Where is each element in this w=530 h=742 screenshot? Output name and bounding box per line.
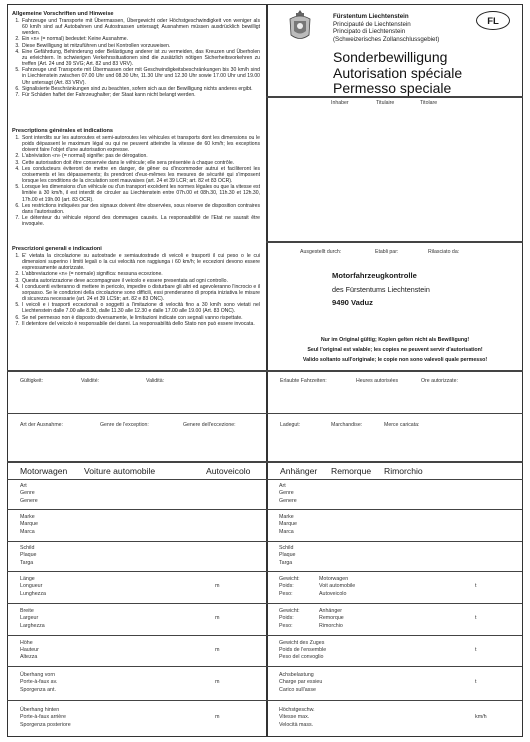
issuer-line: Principauté de Liechtenstein bbox=[333, 21, 439, 29]
row-label-line: Gewicht: bbox=[279, 608, 300, 615]
row-label: ArtGenreGenere bbox=[279, 483, 297, 505]
row-label-line: Achsbelastung bbox=[279, 672, 322, 679]
row-label: MarkeMarqueMarca bbox=[279, 514, 297, 536]
title-line: Permesso speciale bbox=[333, 81, 462, 97]
validity-label-fr: Validité: bbox=[81, 378, 99, 384]
row-label: Überhang hintenPorte-à-faux arrièreSporg… bbox=[20, 707, 71, 729]
row-label: HöheHauteurAltezza bbox=[20, 640, 39, 662]
rule-item: E' vietata la circolazione su autostrade… bbox=[21, 253, 260, 271]
motor-vehicle-header-it: Autoveicolo bbox=[206, 466, 250, 476]
issued-by-label-it: Rilasciato da: bbox=[428, 249, 459, 255]
rule-item: Les restrictions indiquées par des signa… bbox=[21, 203, 260, 215]
holder-label-de: Inhaber bbox=[331, 100, 349, 106]
trailer-row[interactable]: AchsbelastungCharge par essieuCarico sul… bbox=[268, 666, 522, 700]
row-label-line: Marca bbox=[20, 529, 38, 536]
issuer-line: Principato di Liechtenstein bbox=[333, 28, 439, 36]
row-label: AchsbelastungCharge par essieuCarico sul… bbox=[279, 672, 322, 694]
rule-item: Cette autorisation doit être conservée d… bbox=[21, 160, 260, 166]
cargo-label-de: Ladegut: bbox=[280, 422, 300, 428]
trailer-row[interactable]: Gewicht:Poids:Peso:AnhängerRemorqueRimor… bbox=[268, 603, 522, 635]
rule-item: Sont interdits sur les autoroutes et sem… bbox=[21, 135, 260, 153]
row-label-line: Longueur bbox=[20, 583, 46, 590]
motor-vehicle-row[interactable]: BreiteLargeurLarghezzam bbox=[9, 603, 266, 635]
exception-field[interactable] bbox=[9, 430, 265, 460]
motor-vehicle-header-de: Motorwagen bbox=[20, 466, 67, 476]
rule-item: Fahrzeuge und Transporte mit Übermassen,… bbox=[21, 18, 260, 36]
row-label-line: Larghezza bbox=[20, 623, 45, 630]
authority-name: Motorfahrzeugkontrolle bbox=[332, 269, 430, 283]
title-line: Autorisation spéciale bbox=[333, 66, 462, 82]
holder-label-fr: Titulaire bbox=[376, 100, 394, 106]
unit-label: m bbox=[215, 583, 220, 589]
trailer-header-it: Rimorchio bbox=[384, 466, 423, 476]
exception-label-it: Genere dell'eccezione: bbox=[183, 422, 236, 428]
rules-it: Prescrizioni generali e indicazioni E' v… bbox=[12, 246, 260, 331]
header-divider bbox=[266, 96, 523, 98]
motor-vehicle-row[interactable]: HöheHauteurAltezzam bbox=[9, 635, 266, 666]
rules-heading: Allgemeine Vorschriften und Hinweise bbox=[12, 11, 260, 17]
row-label-line: Länge bbox=[20, 576, 46, 583]
row-label-line: Plaque bbox=[20, 552, 37, 559]
row-label-line: Lunghezza bbox=[20, 591, 46, 598]
motor-vehicle-row[interactable]: Überhang vornPorte-à-faux av.Sporgenza a… bbox=[9, 666, 266, 700]
cargo-label-it: Merce caricata: bbox=[384, 422, 419, 428]
motor-vehicle-row[interactable]: SchildPlaqueTarga bbox=[9, 541, 266, 571]
validity-label-it: Validità: bbox=[146, 378, 164, 384]
trailer-row[interactable]: Gewicht des ZugesPoids de l'ensemblePeso… bbox=[268, 635, 522, 666]
trailer-header-fr: Remorque bbox=[331, 466, 371, 476]
authority-sub: des Fürstentums Liechtenstein bbox=[332, 283, 430, 297]
holder-field[interactable] bbox=[268, 108, 522, 241]
motor-vehicle-header-fr: Voiture automobile bbox=[84, 466, 155, 476]
row-label-line: Breite bbox=[20, 608, 45, 615]
unit-label: m bbox=[215, 647, 220, 653]
row-label-line: Poids: bbox=[279, 583, 300, 590]
section-divider bbox=[7, 370, 523, 372]
permit-title: Sonderbewilligung Autorisation spéciale … bbox=[333, 50, 462, 97]
original-only-warning: Nur im Original gültig; Kopien gelten ni… bbox=[268, 335, 522, 365]
rule-item: Les conducteurs éviteront de mettre en d… bbox=[21, 166, 260, 184]
row-label-line: Targa bbox=[279, 560, 296, 567]
rule-item: I veicoli e i trasporti eccezionali o so… bbox=[21, 302, 260, 314]
row-sublabel-line: Voit automobile bbox=[319, 583, 355, 590]
row-label: Gewicht:Poids:Peso: bbox=[279, 576, 300, 598]
trailer-row[interactable]: MarkeMarqueMarca bbox=[268, 509, 522, 541]
row-label: Überhang vornPorte-à-faux av.Sporgenza a… bbox=[20, 672, 57, 694]
warning-line: Valido soltanto sull'originale; le copie… bbox=[268, 355, 522, 365]
row-label-line: Poids de l'ensemble bbox=[279, 647, 326, 654]
row-label-line: Genre bbox=[279, 490, 297, 497]
row-label-line: Art bbox=[279, 483, 297, 490]
unit-label: t bbox=[475, 647, 477, 653]
row-label-line: Targa bbox=[20, 560, 37, 567]
row-label-line: Poids: bbox=[279, 615, 300, 622]
row-label: LängeLongueurLunghezza bbox=[20, 576, 46, 598]
unit-label: m bbox=[215, 615, 220, 621]
rule-item: Eine Gefährdung, Behinderung oder Beläst… bbox=[21, 49, 260, 67]
row-label-line: Marque bbox=[20, 521, 38, 528]
rules-fr: Prescriptions générales et indications S… bbox=[12, 128, 260, 231]
unit-label: t bbox=[475, 615, 477, 621]
row-label-line: Peso del convoglio bbox=[279, 654, 326, 661]
row-label-line: Höchstgeschw. bbox=[279, 707, 315, 714]
validity-field[interactable] bbox=[9, 385, 265, 412]
row-sublabel-line: Motorwagen bbox=[319, 576, 355, 583]
row-label-line: Porte-à-faux arrière bbox=[20, 714, 71, 721]
rule-item: Fahrzeuge und Transporte mit Übermassen … bbox=[21, 67, 260, 85]
issued-by-label-fr: Etabli par: bbox=[375, 249, 398, 255]
trailer-row[interactable]: SchildPlaqueTarga bbox=[268, 541, 522, 571]
issuer-line: (Schweizerisches Zollanschlussgebiet) bbox=[333, 36, 439, 44]
rule-item: Für Schäden haftet der Fahrzeughalter; d… bbox=[21, 92, 260, 98]
row-label-line: Genere bbox=[20, 498, 38, 505]
row-label-line: Gewicht: bbox=[279, 576, 300, 583]
country-code-badge: FL bbox=[476, 11, 510, 30]
hours-field[interactable] bbox=[268, 385, 522, 412]
row-label-line: Sporgenza ant. bbox=[20, 687, 57, 694]
row-label: MarkeMarqueMarca bbox=[20, 514, 38, 536]
row-divider bbox=[7, 413, 523, 414]
unit-label: km/h bbox=[475, 714, 487, 720]
row-label-line: Vitesse max. bbox=[279, 714, 315, 721]
row-label: SchildPlaqueTarga bbox=[20, 545, 37, 567]
row-label-line: Carico sull'asse bbox=[279, 687, 322, 694]
holder-label-it: Titolare bbox=[420, 100, 437, 106]
title-line: Sonderbewilligung bbox=[333, 50, 462, 66]
row-label: ArtGenreGenere bbox=[20, 483, 38, 505]
authority-address: 9490 Vaduz bbox=[332, 296, 430, 310]
row-label-line: Überhang hinten bbox=[20, 707, 71, 714]
rule-item: Le détenteur du véhicule répond des domm… bbox=[21, 215, 260, 227]
row-label-line: Charge par essieu bbox=[279, 679, 322, 686]
row-label-line: Überhang vorn bbox=[20, 672, 57, 679]
hours-label-it: Ore autorizzate: bbox=[421, 378, 458, 384]
row-label-line: Gewicht des Zuges bbox=[279, 640, 326, 647]
row-sublabel-line: Anhänger bbox=[319, 608, 344, 615]
rules-heading: Prescriptions générales et indications bbox=[12, 128, 260, 134]
row-label-line: Altezza bbox=[20, 654, 39, 661]
trailer-row[interactable]: Höchstgeschw.Vitesse max.Velocità mass.k… bbox=[268, 700, 522, 736]
trailer-header-de: Anhänger bbox=[280, 466, 317, 476]
exception-label-de: Art der Ausnahme: bbox=[20, 422, 63, 428]
row-label-line: Genre bbox=[20, 490, 38, 497]
row-label-line: Plaque bbox=[279, 552, 296, 559]
issuer-line: Fürstentum Liechtenstein bbox=[333, 13, 439, 21]
rules-heading: Prescrizioni generali e indicazioni bbox=[12, 246, 260, 252]
row-sublabel-line: Rimorchio bbox=[319, 623, 344, 630]
cargo-label-fr: Marchandise: bbox=[331, 422, 362, 428]
holder-divider bbox=[266, 241, 523, 243]
unit-label: m bbox=[215, 714, 220, 720]
row-label-line: Porte-à-faux av. bbox=[20, 679, 57, 686]
row-label: Gewicht des ZugesPoids de l'ensemblePeso… bbox=[279, 640, 326, 662]
row-label-line: Sporgenza posteriore bbox=[20, 722, 71, 729]
rule-item: Questa autorizzazione deve accompagnare … bbox=[21, 278, 260, 284]
row-label: SchildPlaqueTarga bbox=[279, 545, 296, 567]
hours-label-fr: Heures autorisées bbox=[356, 378, 398, 384]
row-label: Gewicht:Poids:Peso: bbox=[279, 608, 300, 630]
hours-label-de: Erlaubte Fahrzeiten: bbox=[280, 378, 327, 384]
cargo-field[interactable] bbox=[268, 430, 522, 460]
rule-item: Lorsque les dimensions d'un véhicule ou … bbox=[21, 184, 260, 202]
row-sublabel: AnhängerRemorqueRimorchio bbox=[319, 608, 344, 630]
warning-line: Seul l'original est valable; les copies … bbox=[268, 345, 522, 355]
row-label-line: Schild bbox=[20, 545, 37, 552]
row-label-line: Genere bbox=[279, 498, 297, 505]
row-label-line: Marca bbox=[279, 529, 297, 536]
issued-by-label-de: Ausgestellt durch: bbox=[300, 249, 341, 255]
row-label-line: Peso: bbox=[279, 623, 300, 630]
rule-item: I conducenti eviteranno di mettere in pe… bbox=[21, 284, 260, 302]
coat-of-arms-icon bbox=[288, 9, 312, 43]
warning-line: Nur im Original gültig; Kopien gelten ni… bbox=[268, 335, 522, 345]
motor-vehicle-row[interactable]: Überhang hintenPorte-à-faux arrièreSporg… bbox=[9, 700, 266, 736]
trailer-row[interactable]: ArtGenreGenere bbox=[268, 479, 522, 509]
motor-vehicle-row[interactable]: LängeLongueurLunghezzam bbox=[9, 571, 266, 603]
row-label: Höchstgeschw.Vitesse max.Velocità mass. bbox=[279, 707, 315, 729]
rule-item: Il detentore del veicolo è responsabile … bbox=[21, 321, 260, 327]
row-label-line: Schild bbox=[279, 545, 296, 552]
unit-label: t bbox=[475, 583, 477, 589]
issuer-header: Fürstentum Liechtenstein Principauté de … bbox=[333, 13, 439, 43]
unit-label: m bbox=[215, 679, 220, 685]
rule-item: Se nel permesso non è disposto diversame… bbox=[21, 315, 260, 321]
row-label-line: Art bbox=[20, 483, 38, 490]
rules-de: Allgemeine Vorschriften und Hinweise Fah… bbox=[12, 11, 260, 102]
row-divider bbox=[7, 461, 523, 463]
row-label-line: Marke bbox=[20, 514, 38, 521]
unit-label: t bbox=[475, 679, 477, 685]
motor-vehicle-row[interactable]: ArtGenreGenere bbox=[9, 479, 266, 509]
row-label-line: Largeur bbox=[20, 615, 45, 622]
row-sublabel-line: Remorque bbox=[319, 615, 344, 622]
rule-item: Signalisierte Beschränkungen sind zu bea… bbox=[21, 86, 260, 92]
row-sublabel-line: Autoveicolo bbox=[319, 591, 355, 598]
exception-label-fr: Genre de l'exception: bbox=[100, 422, 149, 428]
row-label: BreiteLargeurLarghezza bbox=[20, 608, 45, 630]
row-label-line: Peso: bbox=[279, 591, 300, 598]
validity-label-de: Gültigkeit: bbox=[20, 378, 43, 384]
row-label-line: Marke bbox=[279, 514, 297, 521]
row-label-line: Höhe bbox=[20, 640, 39, 647]
trailer-row[interactable]: Gewicht:Poids:Peso:MotorwagenVoit automo… bbox=[268, 571, 522, 603]
issuing-authority: Motorfahrzeugkontrolle des Fürstentums L… bbox=[332, 269, 430, 310]
row-label-line: Marque bbox=[279, 521, 297, 528]
motor-vehicle-row[interactable]: MarkeMarqueMarca bbox=[9, 509, 266, 541]
row-label-line: Hauteur bbox=[20, 647, 39, 654]
row-label-line: Velocità mass. bbox=[279, 722, 315, 729]
row-sublabel: MotorwagenVoit automobileAutoveicolo bbox=[319, 576, 355, 598]
